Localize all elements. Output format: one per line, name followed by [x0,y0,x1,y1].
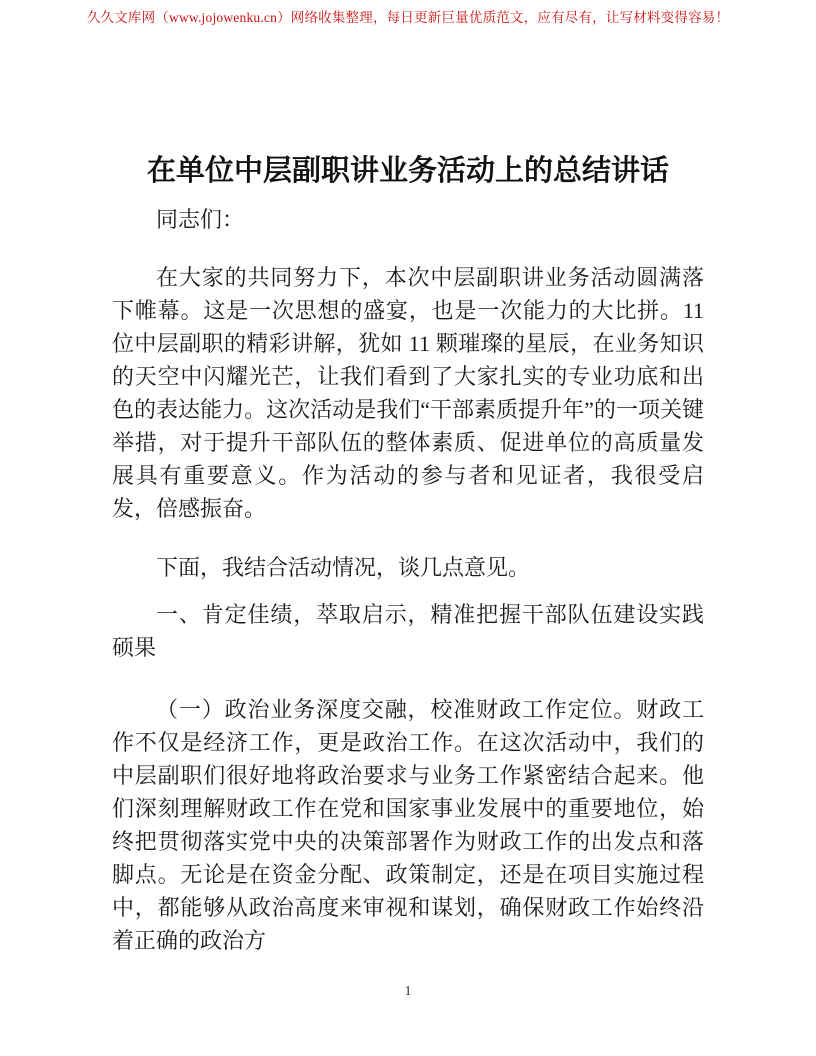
document-body: 同志们： 在大家的共同努力下，本次中层副职讲业务活动圆满落下帷幕。这是一次思想的… [112,203,704,957]
paragraph-subsection-1-1: （一）政治业务深度交融，校准财政工作定位。财政工作不仅是经济工作，更是政治工作。… [112,693,704,957]
document-title: 在单位中层副职讲业务活动上的总结讲话 [0,151,816,191]
document-page: 久久文库网（www.jojowenku.cn）网络收集整理，每日更新巨量优质范文… [0,0,816,1056]
promo-header: 久久文库网（www.jojowenku.cn）网络收集整理，每日更新巨量优质范文… [0,8,816,28]
paragraph-opening: 在大家的共同努力下，本次中层副职讲业务活动圆满落下帷幕。这是一次思想的盛宴，也是… [112,261,704,525]
salutation-line: 同志们： [112,203,704,236]
paragraph-transition: 下面，我结合活动情况，谈几点意见。 [112,551,704,584]
page-footer: 1 [0,982,816,1002]
section-heading-1: 一、肯定佳绩，萃取启示，精准把握干部队伍建设实践硕果 [112,598,704,664]
page-number: 1 [405,984,412,999]
